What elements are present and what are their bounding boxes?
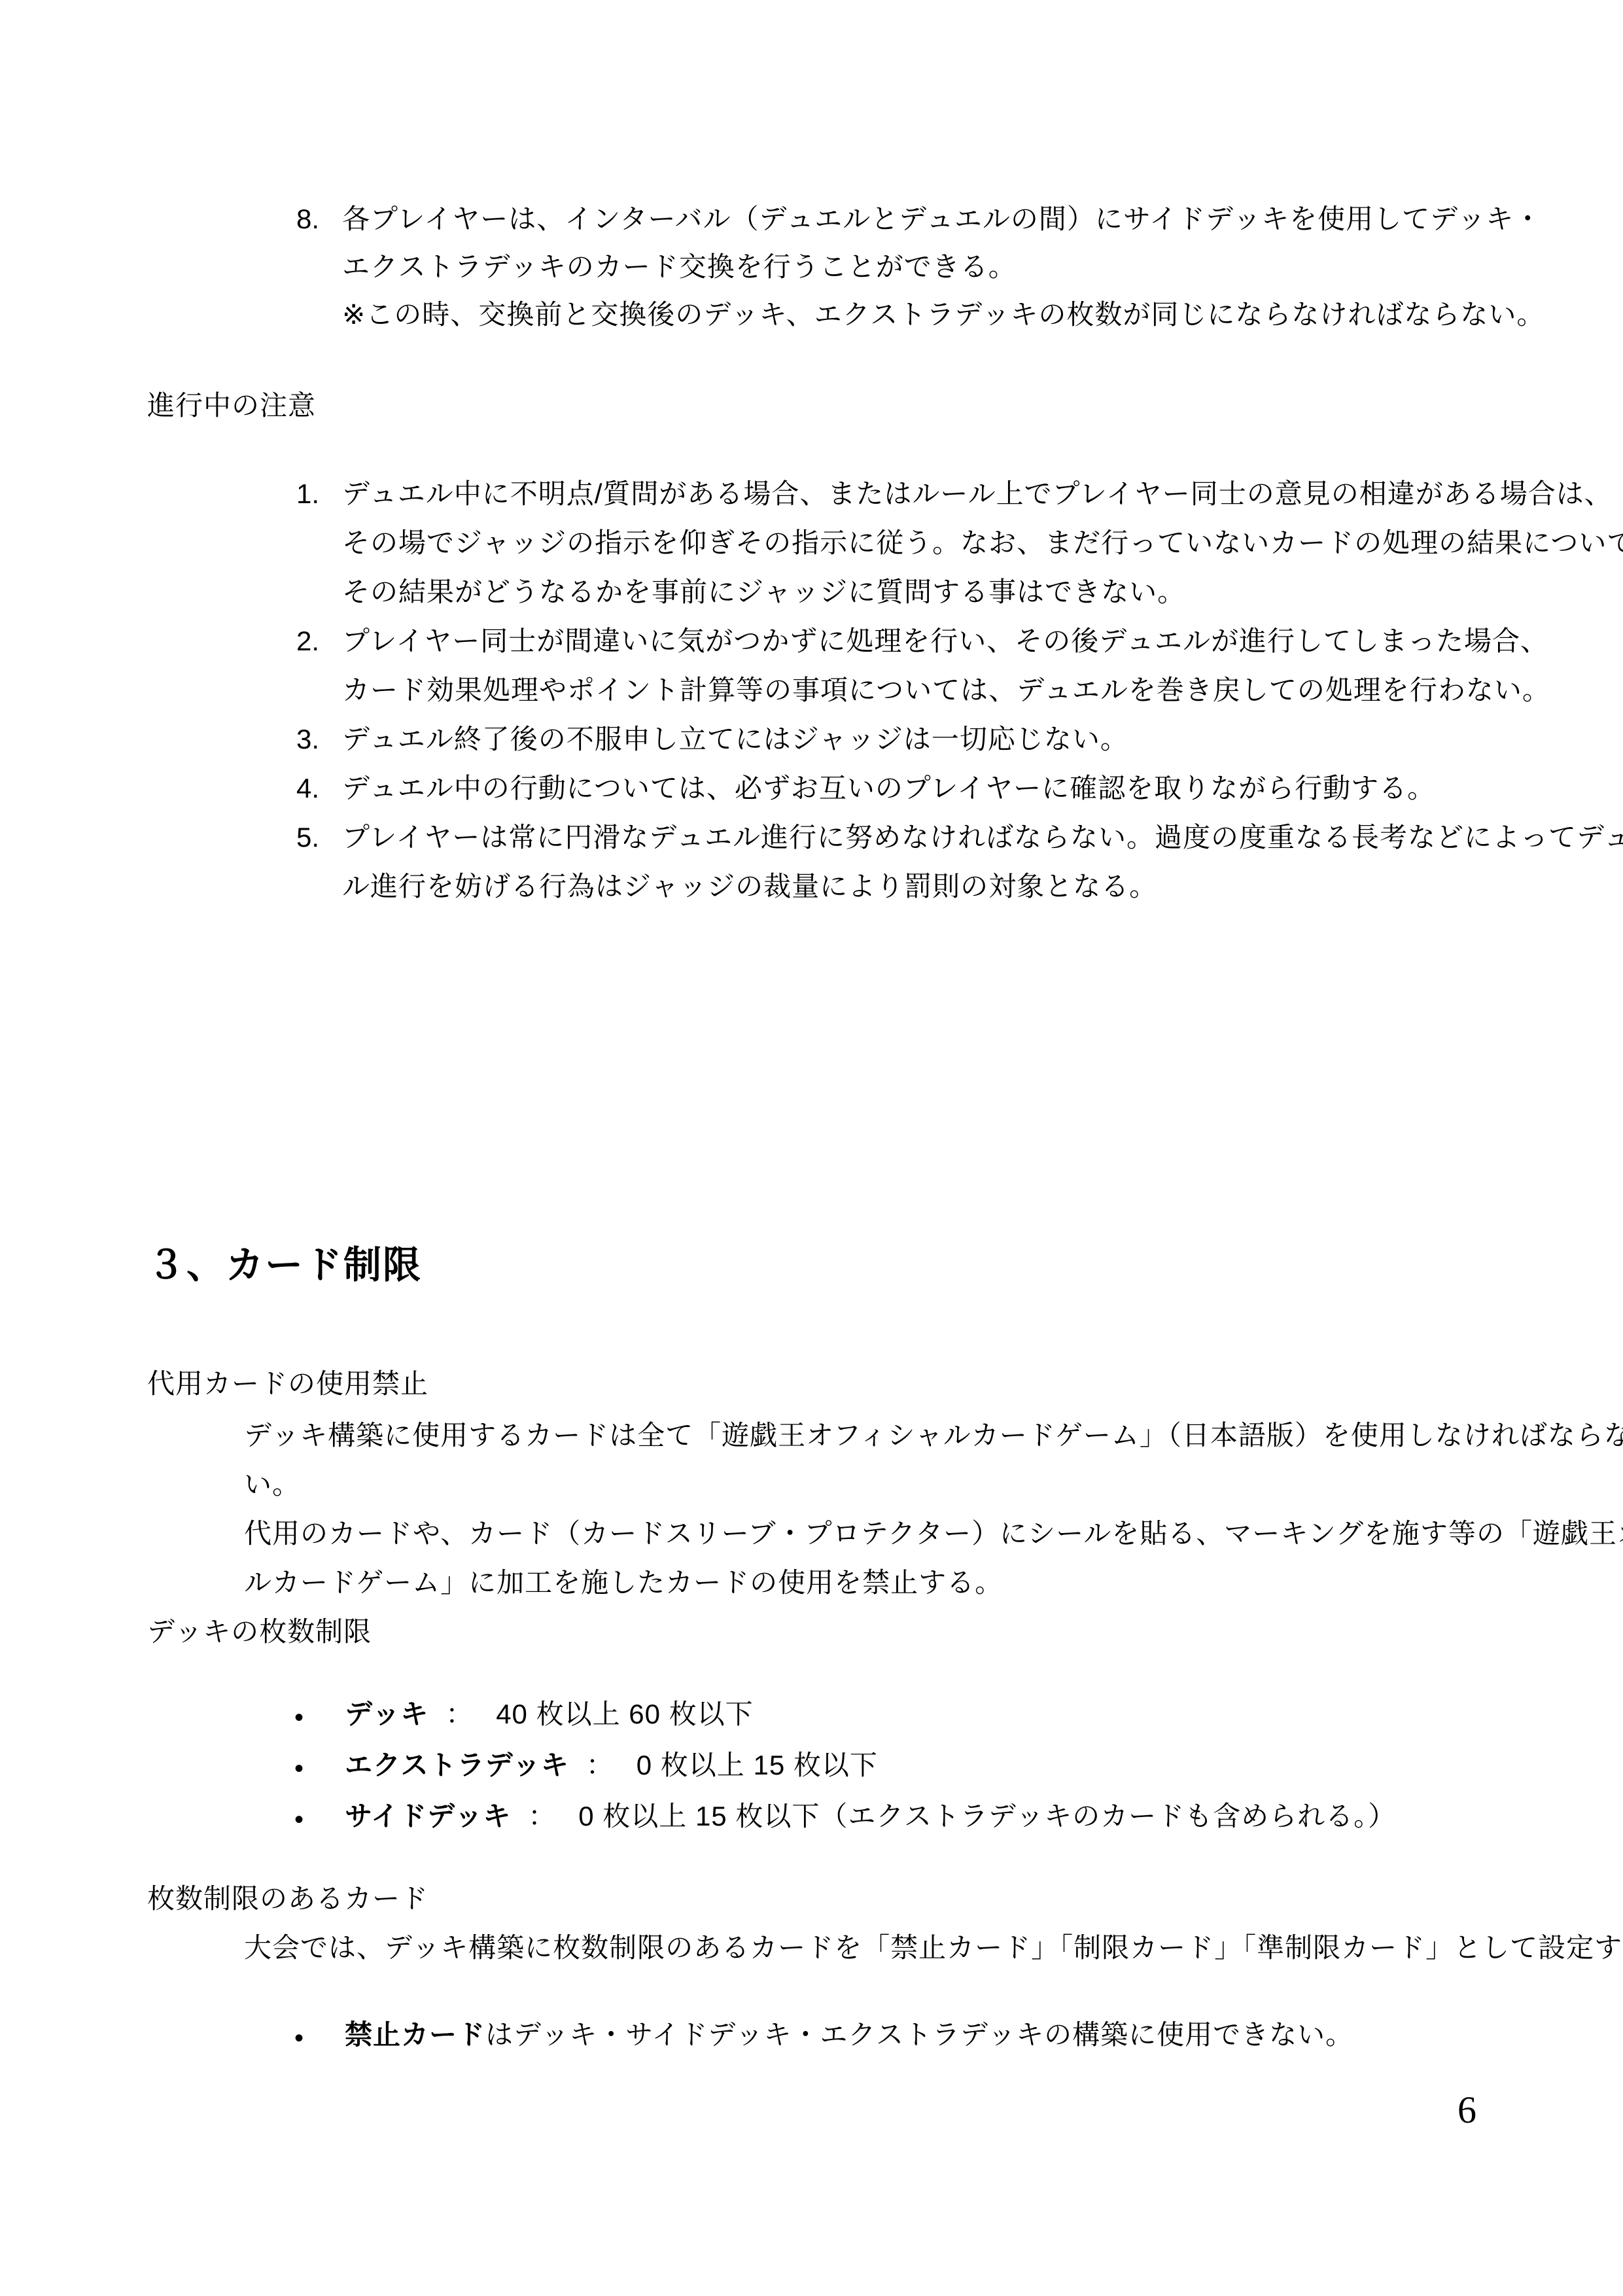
deck-size-bullet-1-colon: ：: [445, 1701, 474, 1728]
note-5-line-1: プレイヤーは常に円滑なデュエル進行に努めなければならない。過度の度重なる長考など…: [342, 824, 1623, 851]
document-page: 8. 各プレイヤーは、インターバル（デュエルとデュエルの間）にサイドデッキを使用…: [0, 0, 1623, 2296]
deck-size-bullet-3-term: サイドデッキ: [345, 1801, 511, 1831]
note-4-line-1: デュエル中の行動については、必ずお互いのプレイヤーに確認を取りながら行動する。: [342, 775, 1435, 802]
notes-heading: 進行中の注意: [147, 392, 316, 419]
page-number: 6: [1457, 2091, 1476, 2129]
item8-line-3: ※この時、交換前と交換後のデッキ、エクストラデッキの枚数が同じにならなければなら…: [342, 301, 1544, 328]
note-1-line-3: その結果がどうなるかを事前にジャッジに質問する事はできない。: [342, 578, 1185, 606]
note-2-line-2: カード効果処理やポイント計算等の事項については、デュエルを巻き戻しての処理を行わ…: [342, 677, 1550, 704]
bullet-icon: •: [294, 1807, 304, 1833]
note-2-line-1: プレイヤー同士が間違いに気がつかずに処理を行い、その後デュエルが進行してしまった…: [342, 627, 1548, 655]
proxy-ban-line-4: ルカードゲーム」に加工を施したカードの使用を禁止する。: [244, 1569, 1003, 1597]
bullet-icon: •: [294, 1756, 304, 1782]
note-4-number: 4.: [296, 775, 319, 802]
deck-size-bullet-1-value: 40 枚以上 60 枚以下: [496, 1699, 753, 1729]
deck-size-bullet-2-term: エクストラデッキ: [345, 1750, 569, 1780]
deck-size-bullet-1: デッキ：40 枚以上 60 枚以下: [345, 1701, 754, 1728]
section-heading-card-restriction: ３、カード制限: [147, 1246, 422, 1284]
deck-size-label: デッキの枚数制限: [147, 1618, 372, 1646]
deck-size-bullet-3-colon: ：: [528, 1803, 556, 1830]
deck-size-bullet-3: サイドデッキ：0 枚以上 15 枚以下（エクストラデッキのカードも含められる。）: [345, 1803, 1396, 1830]
note-1-line-1: デュエル中に不明点/質問がある場合、またはルール上でプレイヤー同士の意見の相違が…: [342, 480, 1613, 508]
note-5-line-2: ル進行を妨げる行為はジャッジの裁量により罰則の対象となる。: [342, 873, 1157, 900]
proxy-ban-line-3: 代用のカードや、カード（カードスリーブ・プロテクター）にシールを貼る、マーキング…: [244, 1520, 1623, 1547]
note-3-number: 3.: [296, 726, 319, 753]
limited-cards-bullet-1: 禁止カードはデッキ・サイドデッキ・エクストラデッキの構築に使用できない。: [345, 2021, 1353, 2049]
limited-cards-bullet-1-term: 禁止カード: [345, 2019, 485, 2050]
note-1-line-2: その場でジャッジの指示を仰ぎその指示に従う。なお、まだ行っていないカードの処理の…: [342, 529, 1623, 557]
item8-line-2: エクストラデッキのカード交換を行うことができる。: [342, 253, 1017, 281]
bullet-icon: •: [294, 1704, 304, 1731]
deck-size-bullet-2-value: 0 枚以上 15 枚以下: [637, 1750, 878, 1780]
item8-line-1: 各プレイヤーは、インターバル（デュエルとデュエルの間）にサイドデッキを使用してデ…: [342, 205, 1542, 233]
limited-cards-label: 枚数制限のあるカード: [147, 1885, 428, 1913]
note-3-line-1: デュエル終了後の不服申し立てにはジャッジは一切応じない。: [342, 726, 1128, 753]
note-5-number: 5.: [296, 824, 319, 851]
deck-size-bullet-2: エクストラデッキ：0 枚以上 15 枚以下: [345, 1752, 878, 1779]
item8-number: 8.: [296, 205, 319, 233]
limited-cards-line-1: 大会では、デッキ構築に枚数制限のあるカードを「禁止カード」「制限カード」「準制限…: [244, 1934, 1623, 1962]
proxy-ban-label: 代用カードの使用禁止: [147, 1370, 428, 1398]
proxy-ban-line-2: い。: [244, 1471, 300, 1498]
deck-size-bullet-3-value: 0 枚以上 15 枚以下（エクストラデッキのカードも含められる。）: [578, 1801, 1396, 1831]
limited-cards-bullet-1-rest: はデッキ・サイドデッキ・エクストラデッキの構築に使用できない。: [485, 2019, 1353, 2050]
note-1-number: 1.: [296, 480, 319, 508]
note-2-number: 2.: [296, 627, 319, 655]
deck-size-bullet-1-term: デッキ: [345, 1699, 428, 1729]
proxy-ban-line-1: デッキ構築に使用するカードは全て「遊戯王オフィシャルカードゲーム」（日本語版）を…: [244, 1422, 1623, 1449]
bullet-icon: •: [294, 2025, 304, 2051]
deck-size-bullet-2-colon: ：: [586, 1752, 614, 1779]
